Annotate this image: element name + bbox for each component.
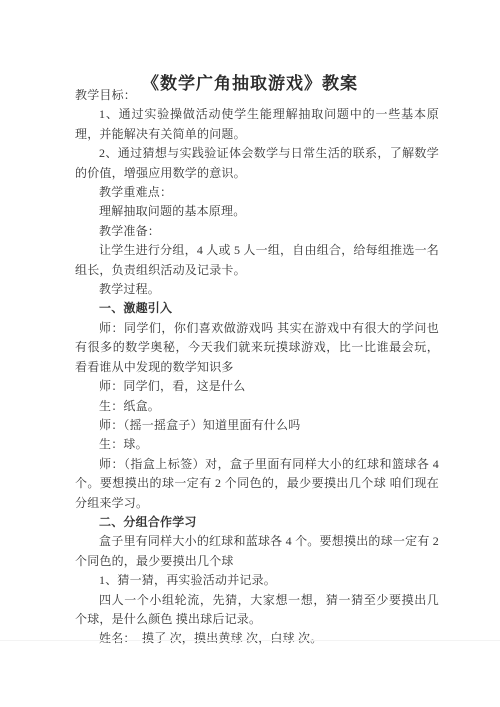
paragraph: 教学目标： xyxy=(75,86,439,105)
paragraph: 四人一个小组轮流，先猜，大家想一想，猜一猜至少要摸出几个球，是什么颜色 摸出球后… xyxy=(75,591,439,630)
paragraph: 理解抽取问题的基本原理。 xyxy=(75,202,439,221)
paragraph: 盒子里有同样大小的红球和蓝球各 4 个。要想摸出的球一定有 2 个同色的，最少要… xyxy=(75,532,439,571)
paragraph: 师：（指盒上标签）对，盒子里面有同样大小的红球和篮球各 4 个。要想摸出的球一定… xyxy=(75,455,439,513)
paragraph: 一、激趣引入 xyxy=(75,299,439,318)
page-bottom-edge xyxy=(0,640,500,641)
paragraph: 生：球。 xyxy=(75,435,439,454)
paragraph: 师：同学们，看，这是什么 xyxy=(75,377,439,396)
paragraph: 1、猜一猜，再实验活动并记录。 xyxy=(75,571,439,590)
paragraph: 让学生进行分组，4 人或 5 人一组，自由组合，给每组推选一名组长，负责组织活动… xyxy=(75,241,439,280)
paragraph: 教学准备： xyxy=(75,222,439,241)
document-page: 《数学广角抽取游戏》教案 教学目标：1、通过实验操做活动使学生能理解抽取问题中的… xyxy=(0,0,500,707)
paragraph: 生：纸盒。 xyxy=(75,397,439,416)
paragraph: 1、通过实验操做活动使学生能理解抽取问题中的一些基本原理，并能解决有关简单的问题… xyxy=(75,105,439,144)
paragraph: 教学重难点： xyxy=(75,183,439,202)
paragraph: 教学过程。 xyxy=(75,280,439,299)
paragraph: 二、分组合作学习 xyxy=(75,513,439,532)
document-body: 教学目标：1、通过实验操做活动使学生能理解抽取问题中的一些基本原理，并能解决有关… xyxy=(75,86,439,649)
paragraph: 2、通过猜想与实践验证体会数学与日常生活的联系，了解数学的价值，增强应用数学的意… xyxy=(75,144,439,183)
paragraph: 师：（摇一摇盒子）知道里面有什么吗 xyxy=(75,416,439,435)
paragraph: 师：同学们，你们喜欢做游戏吗 其实在游戏中有很大的学问也有很多的数学奥秘，今天我… xyxy=(75,319,439,377)
